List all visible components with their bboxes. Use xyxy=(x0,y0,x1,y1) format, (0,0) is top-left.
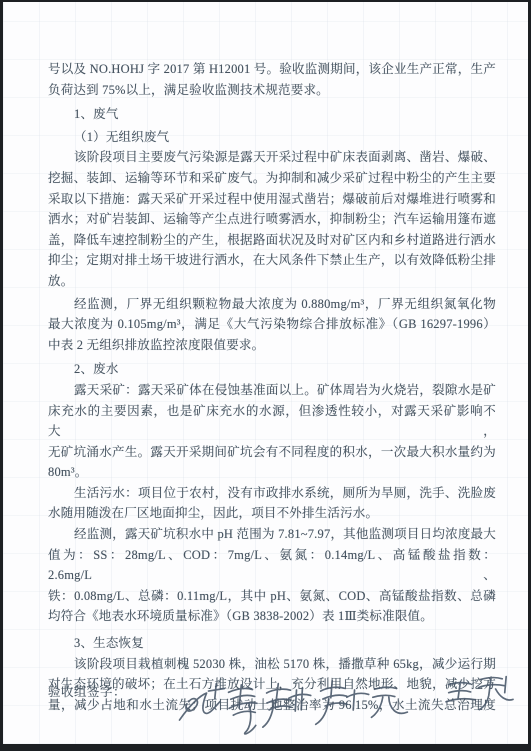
text-line: 无矿坑涌水产生。露天开采期间矿坑会有不同程度的积水，一次最大积水量约为 xyxy=(48,442,496,463)
text-line: 经监测，露天矿坑积水中 pH 范围为 7.81~7.97，其他监测项目日均浓度最… xyxy=(48,524,496,545)
text-line: 生活污水：项目位于农村，没有市政排水系统，厕所为旱厕，洗手、洗脸废 xyxy=(48,483,496,504)
text-line: 抑尘；定期对排土场干坡进行洒水，在大风条件下禁止生产，以有效降低粉尘排 xyxy=(48,250,496,271)
text-line: 均符合《地表水环境质量标准》（GB 3838-2002）表 1Ⅲ类标准限值。 xyxy=(48,606,496,627)
text-line: 最大浓度为 0.105mg/m³，满足《大气污染物综合排放标准》（GB 1629… xyxy=(48,314,496,335)
screenshot-root: { "document": { "lines": [ {"text": "号以及… xyxy=(0,0,531,751)
text-line: 挖掘、装卸、运输等环节和采矿废气。为抑制和减少采矿过程中粉尘的产生主要 xyxy=(48,168,496,189)
text-line: 中表 2 无组织排放监控浓度限值要求。 xyxy=(48,335,496,356)
signature-row: 验收组签字： xyxy=(48,678,496,740)
text-line: 水随用随泼在厂区地面抑尘，因此，项目不外排生活污水。 xyxy=(48,503,496,524)
handwritten-signature-2 xyxy=(261,682,311,727)
handwritten-signature-3 xyxy=(314,678,407,724)
handwritten-signature-4 xyxy=(445,676,513,710)
text-line: 3、生态恢复 xyxy=(48,633,496,654)
text-line: 放。 xyxy=(48,271,496,292)
text-line: 值为：SS：28mg/L、COD：7mg/L、氨氮：0.14mg/L、高锰酸盐指… xyxy=(48,545,496,586)
text-line: 负荷达到 75%以上，满足验收监测技术规范要求。 xyxy=(48,80,496,101)
text-line: 80m³。 xyxy=(48,462,496,483)
document-body: 号以及 NO.HOHJ 字 2017 第 H12001 号。验收监测期间，该企业… xyxy=(48,59,496,715)
text-line: 盖，降低车速控制粉尘的产生，根据路面状况及时对矿区内和乡村道路进行洒水 xyxy=(48,230,496,251)
handwritten-signatures xyxy=(162,657,531,748)
scanned-page: 号以及 NO.HOHJ 字 2017 第 H12001 号。验收监测期间，该企业… xyxy=(3,2,528,744)
text-line: 经监测，厂界无组织颗粒物最大浓度为 0.880mg/m³，厂界无组织氮氧化物 xyxy=(48,294,496,315)
signature-label: 验收组签字： xyxy=(48,682,126,700)
text-line: 号以及 NO.HOHJ 字 2017 第 H12001 号。验收监测期间，该企业… xyxy=(48,59,496,80)
text-line: 床充水的主要因素，也是矿床充水的水源，但渗透性较小，对露天采矿影响不大， xyxy=(48,401,496,442)
text-line: 铁：0.08mg/L、总磷：0.11mg/L，其中 pH、氨氮、COD、高锰酸盐… xyxy=(48,586,496,607)
text-line: 2、废水 xyxy=(48,359,496,380)
text-line: 1、废气 xyxy=(48,104,496,125)
text-line: 露天采矿：露天采矿体在侵蚀基准面以上。矿体周岩为火烧岩，裂隙水是矿 xyxy=(48,380,496,401)
text-line: （1）无组织废气 xyxy=(48,127,496,148)
handwritten-signature-1 xyxy=(178,682,258,736)
text-line: 采取以下措施：露天采矿开采过程中使用湿式凿岩；爆破前后对爆堆进行喷雾和 xyxy=(48,189,496,210)
text-line: 该阶段项目主要废气污染源是露天开采过程中矿床表面剥离、凿岩、爆破、 xyxy=(48,147,496,168)
text-line: 洒水；对矿岩装卸、运输等产尘点进行喷雾洒水，抑制粉尘；汽车运输用篷布遮 xyxy=(48,209,496,230)
